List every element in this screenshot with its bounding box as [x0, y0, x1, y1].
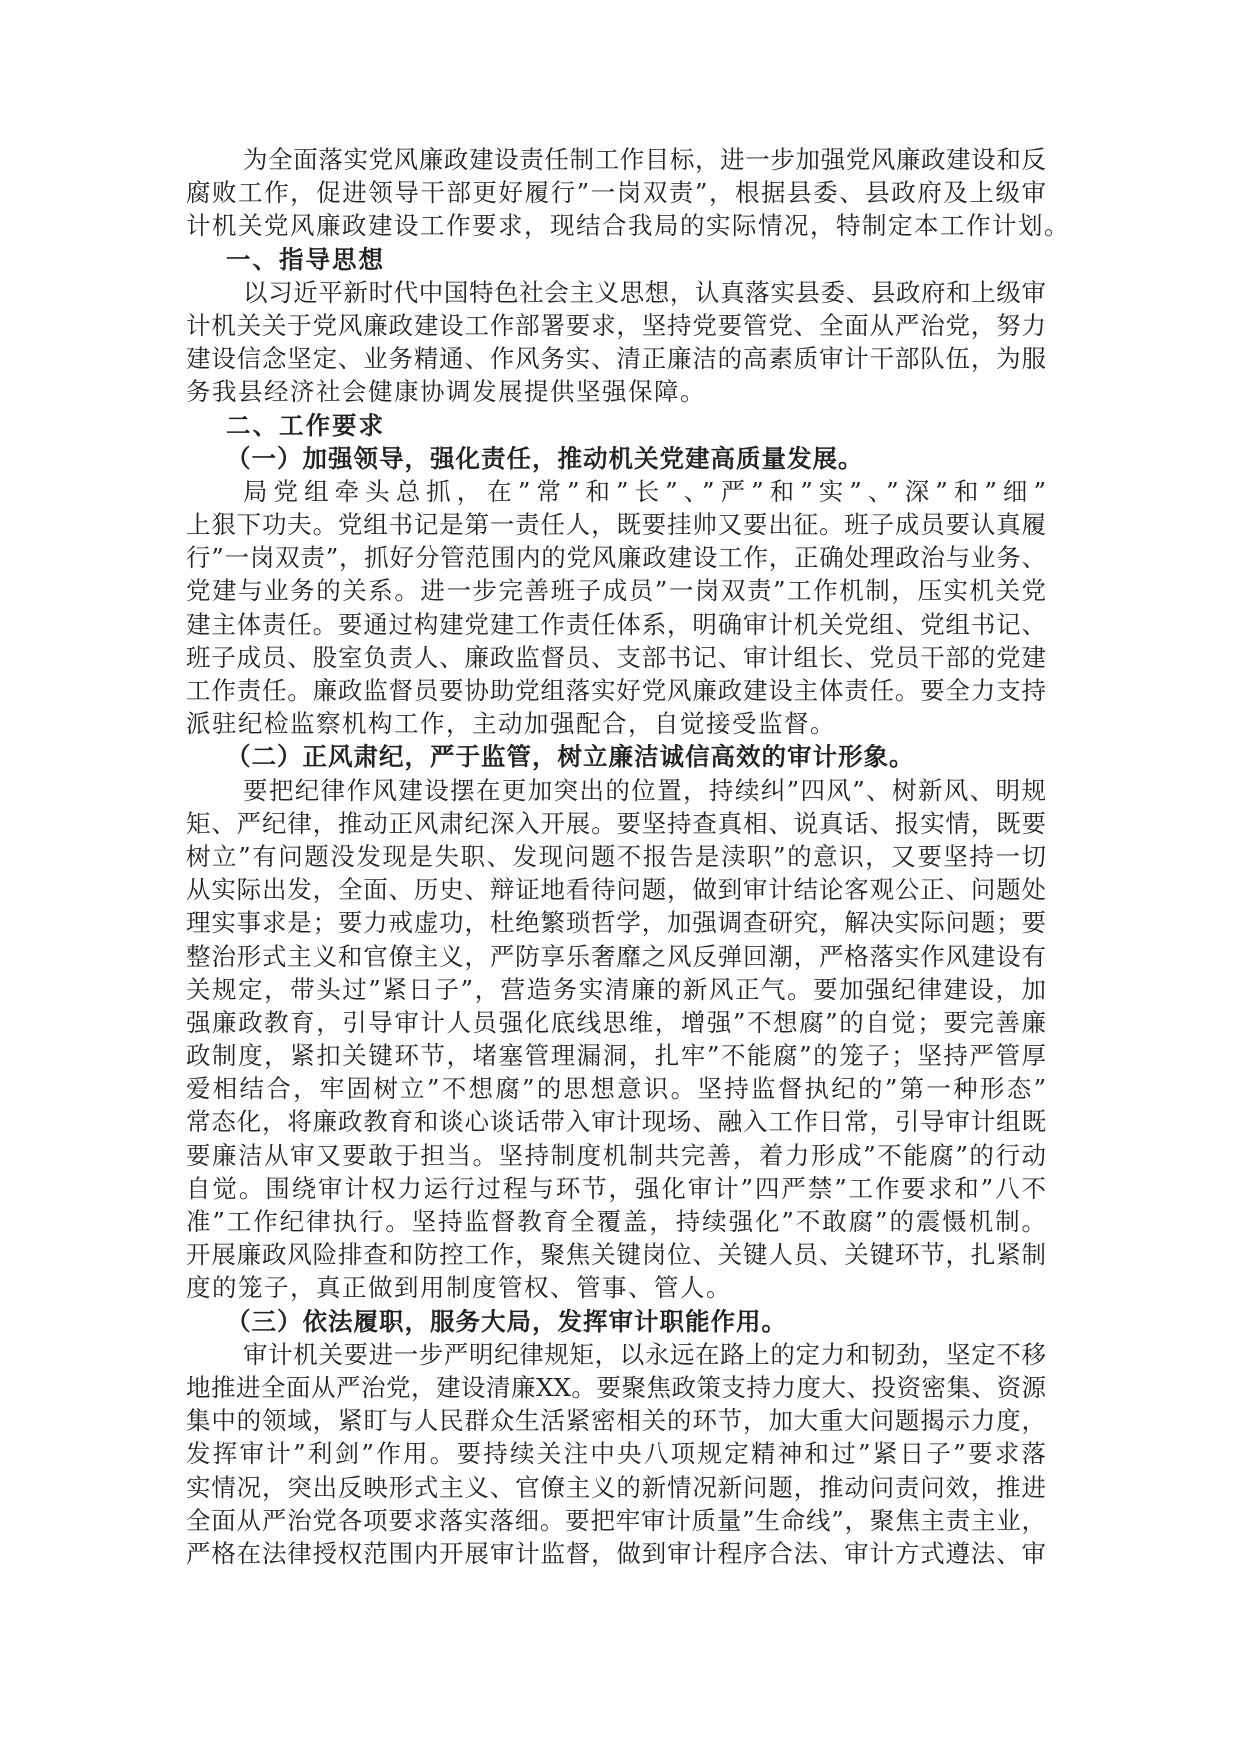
body-line: 班子成员、股室负责人、廉政监督员、支部书记、审计组长、党员干部的党建 [186, 641, 1046, 674]
body-line: 常态化，将廉政教育和谈心谈话带入审计现场、融入工作日常，引导审计组既 [186, 1105, 1046, 1138]
intro-line: 腐败工作，促进领导干部更好履行”一岗双责”，根据县委、县政府及上级审 [186, 176, 1046, 209]
body-line: 开展廉政风险排查和防控工作，聚焦关键岗位、关键人员、关键环节，扎紧制 [186, 1238, 1046, 1271]
body-line: 度的笼子，真正做到用制度管权、管事、管人。 [186, 1271, 1046, 1304]
section-heading: 一、指导思想 [186, 243, 1046, 276]
body-line: 政制度，紧扣关键环节，堵塞管理漏洞，扎牢”不能腐”的笼子；坚持严管厚 [186, 1039, 1046, 1072]
section-heading: 二、工作要求 [186, 409, 1046, 442]
body-line: 党建与业务的关系。进一步完善班子成员”一岗双责”工作机制，压实机关党 [186, 574, 1046, 607]
body-line: 上狠下功夫。党组书记是第一责任人，既要挂帅又要出征。班子成员要认真履 [186, 508, 1046, 541]
intro-line: 为全面落实党风廉政建设责任制工作目标，进一步加强党风廉政建设和反 [186, 143, 1046, 176]
body-line: 从实际出发，全面、历史、辩证地看待问题，做到审计结论客观公正、问题处 [186, 873, 1046, 906]
body-line: 整治形式主义和官僚主义，严防享乐奢靡之风反弹回潮，严格落实作风建设有 [186, 940, 1046, 973]
body-line: 要把纪律作风建设摆在更加突出的位置，持续纠”四风”、树新风、明规 [186, 774, 1046, 807]
body-line: 树立”有问题没发现是失职、发现问题不报告是渎职”的意识，又要坚持一切 [186, 840, 1046, 873]
body-line: 派驻纪检监察机构工作，主动加强配合，自觉接受监督。 [186, 707, 1046, 740]
body-line: 局党组牵头总抓，在”常”和”长”、”严”和”实”、”深”和”细” [186, 475, 1046, 508]
body-line: 计机关关于党风廉政建设工作部署要求，坚持党要管党、全面从严治党，努力 [186, 309, 1046, 342]
body-line: 关规定，带头过”紧日子”，营造务实清廉的新风正气。要加强纪律建设，加 [186, 973, 1046, 1006]
body-line: 集中的领域，紧盯与人民群众生活紧密相关的环节，加大重大问题揭示力度， [186, 1404, 1046, 1437]
subsection-heading: （三）依法履职，服务大局，发挥审计职能作用。 [186, 1305, 1046, 1338]
body-line: 爱相结合，牢固树立”不想腐”的思想意识。坚持监督执纪的”第一种形态” [186, 1072, 1046, 1105]
body-line: 实情况，突出反映形式主义、官僚主义的新情况新问题，推动问责问效，推进 [186, 1471, 1046, 1504]
body-line: 强廉政教育，引导审计人员强化底线思维，增强”不想腐”的自觉；要完善廉 [186, 1006, 1046, 1039]
body-line: 行”一岗双责”，抓好分管范围内的党风廉政建设工作，正确处理政治与业务、 [186, 541, 1046, 574]
body-line: 准”工作纪律执行。坚持监督教育全覆盖，持续强化”不敢腐”的震慑机制。 [186, 1205, 1046, 1238]
intro-line: 计机关党风廉政建设工作要求，现结合我局的实际情况，特制定本工作计划。 [186, 209, 1046, 242]
body-line: 发挥审计”利剑”作用。要持续关注中央八项规定精神和过”紧日子”要求落 [186, 1437, 1046, 1470]
document-page: 为全面落实党风廉政建设责任制工作目标，进一步加强党风廉政建设和反 腐败工作，促进… [186, 143, 1046, 1570]
body-line: 理实事求是；要力戒虚功，杜绝繁琐哲学，加强调查研究，解决实际问题；要 [186, 906, 1046, 939]
body-line: 地推进全面从严治党，建设清廉XX。要聚焦政策支持力度大、投资密集、资源 [186, 1371, 1046, 1404]
subsection-heading: （二）正风肃纪，严于监管，树立廉洁诚信高效的审计形象。 [186, 740, 1046, 773]
body-line: 务我县经济社会健康协调发展提供坚强保障。 [186, 375, 1046, 408]
body-line: 全面从严治党各项要求落实落细。要把牢审计质量”生命线”，聚焦主责主业， [186, 1504, 1046, 1537]
body-line: 工作责任。廉政监督员要协助党组落实好党风廉政建设主体责任。要全力支持 [186, 674, 1046, 707]
body-line: 自觉。围绕审计权力运行过程与环节，强化审计”四严禁”工作要求和”八不 [186, 1172, 1046, 1205]
body-line: 审计机关要进一步严明纪律规矩，以永远在路上的定力和韧劲，坚定不移 [186, 1338, 1046, 1371]
body-line: 严格在法律授权范围内开展审计监督，做到审计程序合法、审计方式遵法、审 [186, 1537, 1046, 1570]
body-line: 建主体责任。要通过构建党建工作责任体系，明确审计机关党组、党组书记、 [186, 608, 1046, 641]
body-line: 建设信念坚定、业务精通、作风务实、清正廉洁的高素质审计干部队伍，为服 [186, 342, 1046, 375]
body-line: 以习近平新时代中国特色社会主义思想，认真落实县委、县政府和上级审 [186, 276, 1046, 309]
body-line: 要廉洁从审又要敢于担当。坚持制度机制共完善，着力形成”不能腐”的行动 [186, 1139, 1046, 1172]
body-line: 矩、严纪律，推动正风肃纪深入开展。要坚持查真相、说真话、报实情，既要 [186, 807, 1046, 840]
subsection-heading: （一）加强领导，强化责任，推动机关党建高质量发展。 [186, 442, 1046, 475]
